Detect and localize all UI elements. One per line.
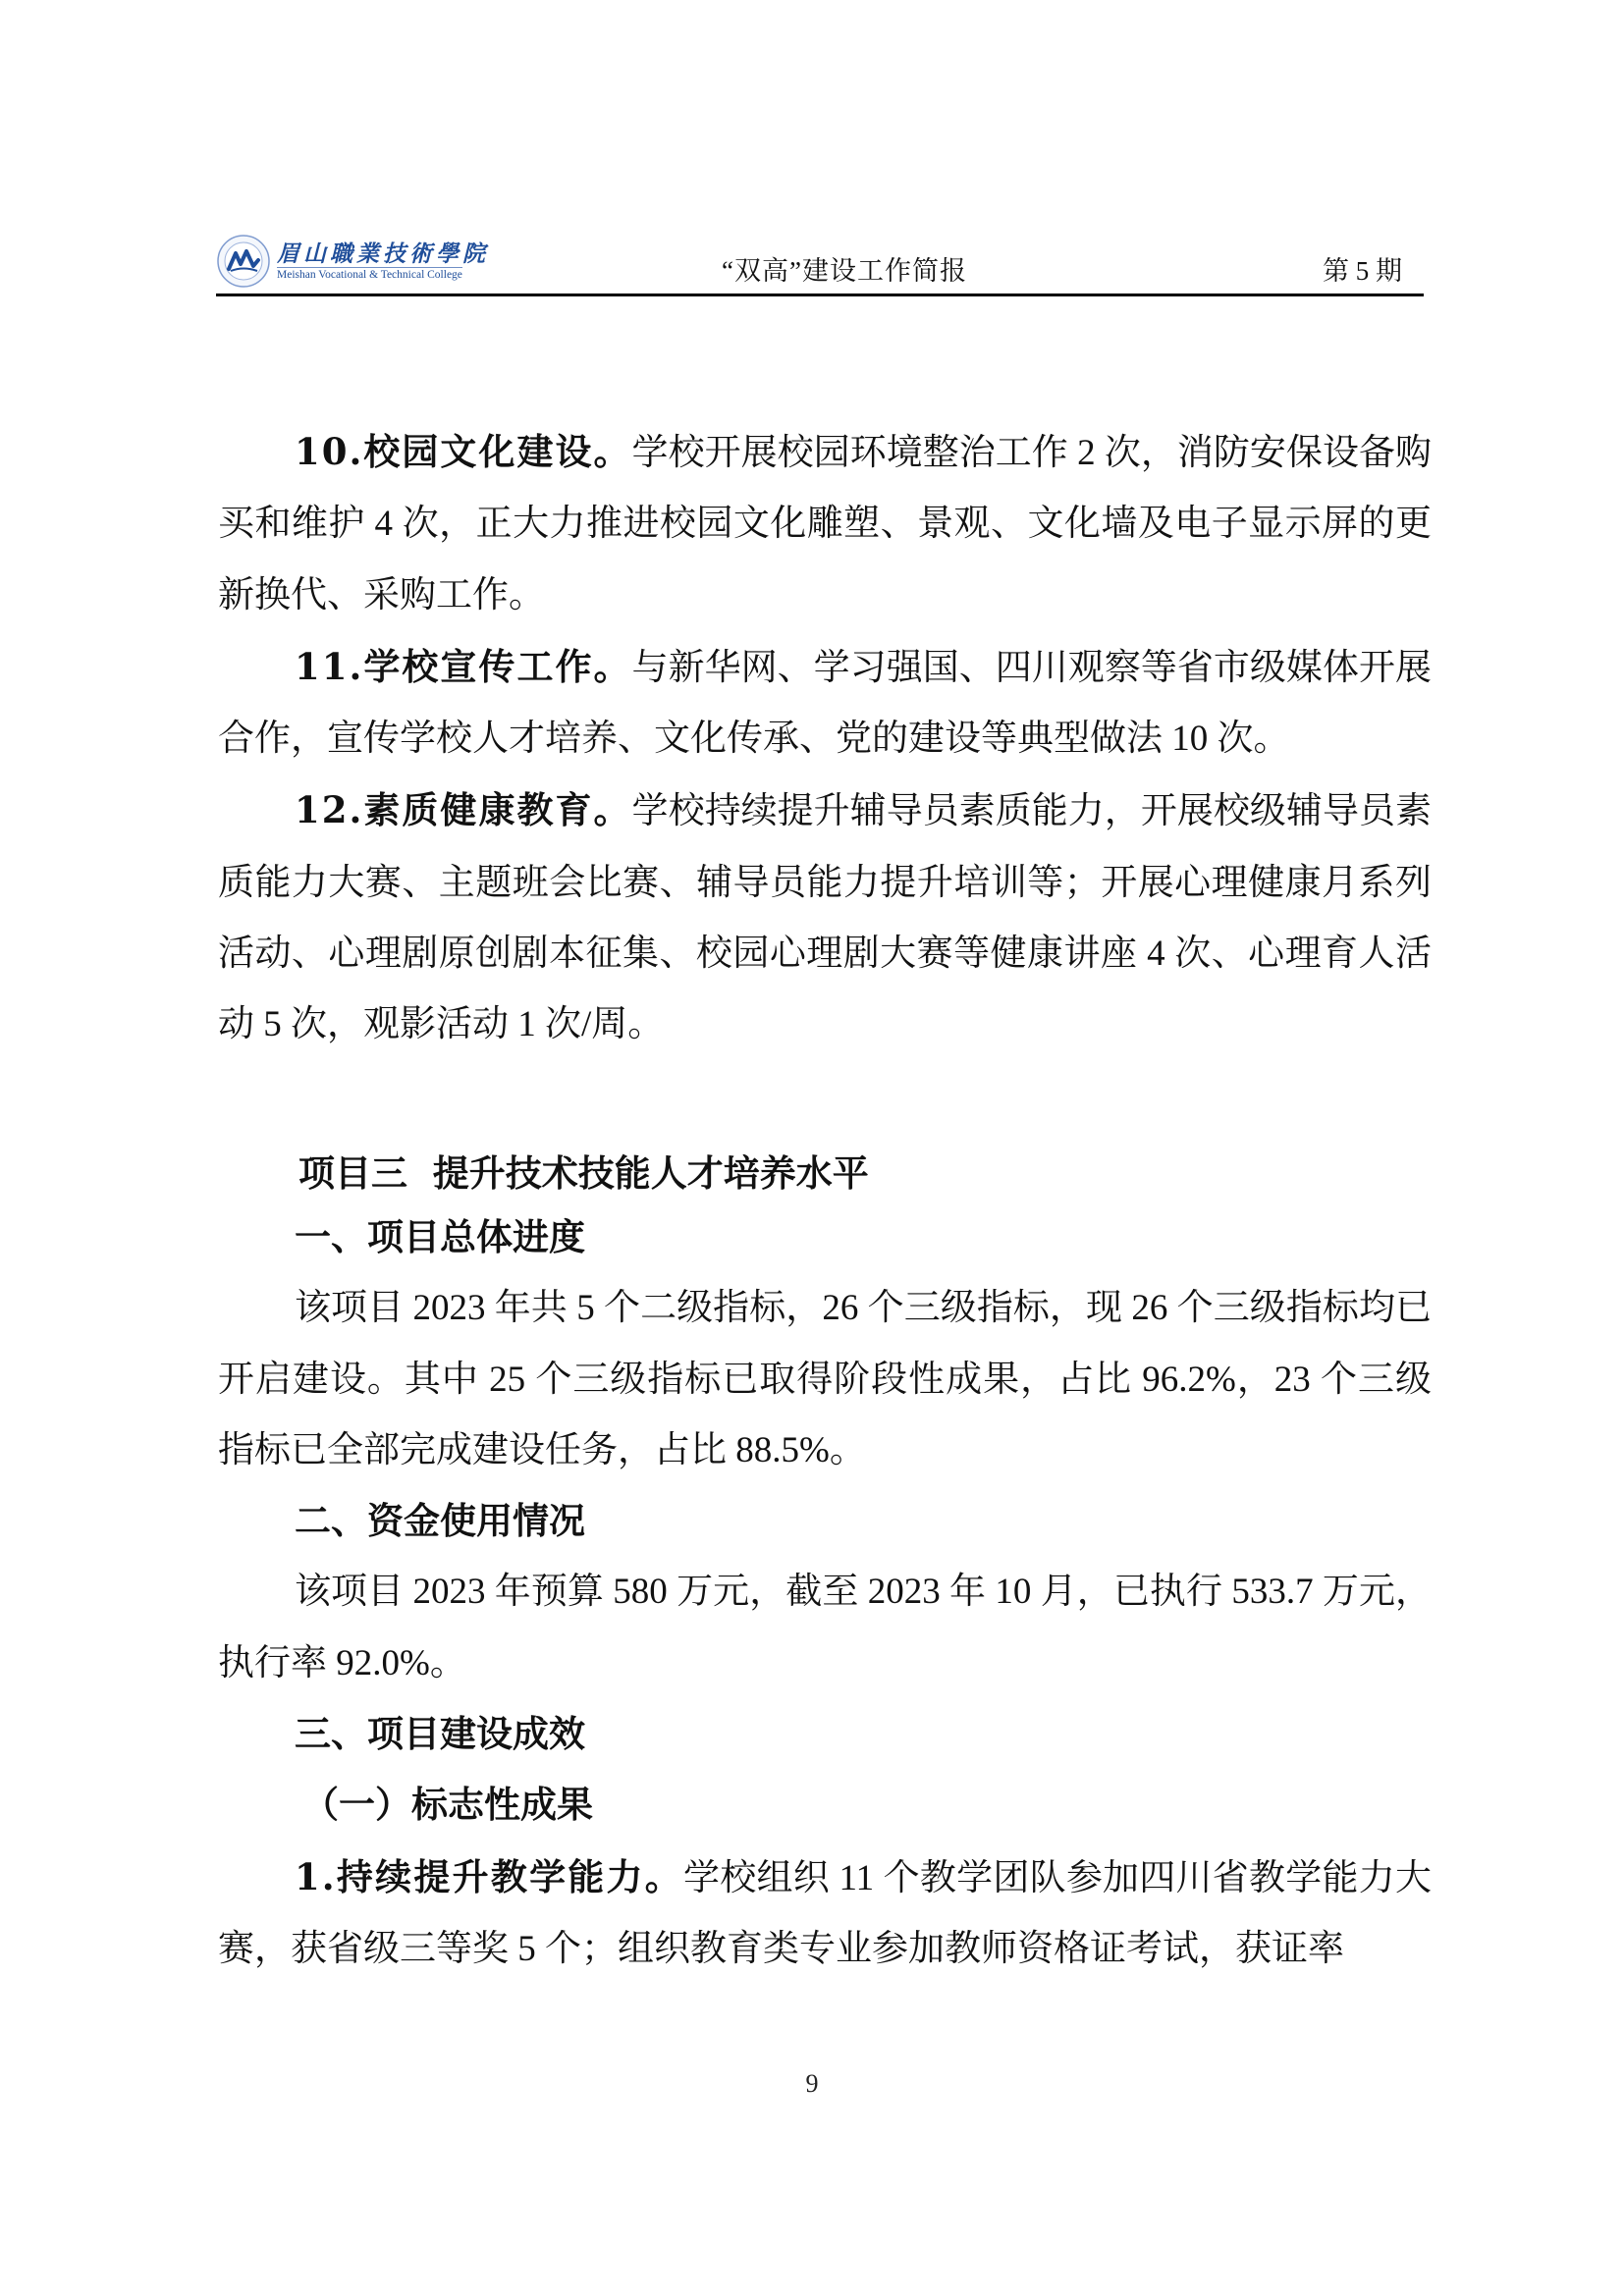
document-body: 10.校园文化建设。学校开展校园环境整治工作 2 次，消防安保设备购买和维护 4… bbox=[218, 416, 1432, 1985]
subsection-heading-landmark: （一）标志性成果 bbox=[218, 1770, 1432, 1841]
issue-number: 第 5 期 bbox=[1323, 249, 1402, 288]
section-heading-progress: 一、项目总体进度 bbox=[218, 1202, 1432, 1273]
paragraph-lead: 10.校园文化建设。 bbox=[295, 430, 632, 473]
paragraph-funding: 该项目 2023 年预算 580 万元，截至 2023 年 10 月，已执行 5… bbox=[218, 1557, 1432, 1699]
section-heading-funding: 二、资金使用情况 bbox=[218, 1486, 1432, 1557]
paragraph-lead: 11.学校宣传工作。 bbox=[295, 645, 632, 688]
college-name-cn: 眉山職業技術學院 bbox=[277, 236, 489, 268]
header-divider bbox=[216, 294, 1424, 296]
paragraph-progress: 该项目 2023 年共 5 个二级指标，26 个三级指标，现 26 个三级指标均… bbox=[218, 1273, 1432, 1486]
project-heading: 项目三 提升技术技能人才培养水平 bbox=[218, 1061, 1432, 1209]
bulletin-title: “双高”建设工作简报 bbox=[722, 249, 967, 288]
document-page: 眉山職業技術學院 Meishan Vocational & Technical … bbox=[0, 0, 1624, 2296]
paragraph-teaching-ability: 1.持续提升教学能力。学校组织 11 个教学团队参加四川省教学能力大赛，获省级三… bbox=[218, 1842, 1432, 1986]
paragraph-campus-culture: 10.校园文化建设。学校开展校园环境整治工作 2 次，消防安保设备购买和维护 4… bbox=[218, 416, 1432, 631]
paragraph-lead: 1.持续提升教学能力。 bbox=[295, 1855, 683, 1898]
paragraph-lead: 12.素质健康教育。 bbox=[295, 788, 632, 831]
page-number: 9 bbox=[0, 2069, 1624, 2099]
paragraph-publicity: 11.学校宣传工作。与新华网、学习强国、四川观察等省市级媒体开展合作，宣传学校人… bbox=[218, 631, 1432, 775]
section-heading-outcomes: 三、项目建设成效 bbox=[218, 1699, 1432, 1770]
college-seal-icon bbox=[216, 234, 271, 289]
college-name-en: Meishan Vocational & Technical College bbox=[277, 267, 462, 281]
page-header: 眉山職業技術學院 Meishan Vocational & Technical … bbox=[216, 228, 1424, 296]
paragraph-health-education: 12.素质健康教育。学校持续提升辅导员素质能力，开展校级辅导员素质能力大赛、主题… bbox=[218, 774, 1432, 1060]
